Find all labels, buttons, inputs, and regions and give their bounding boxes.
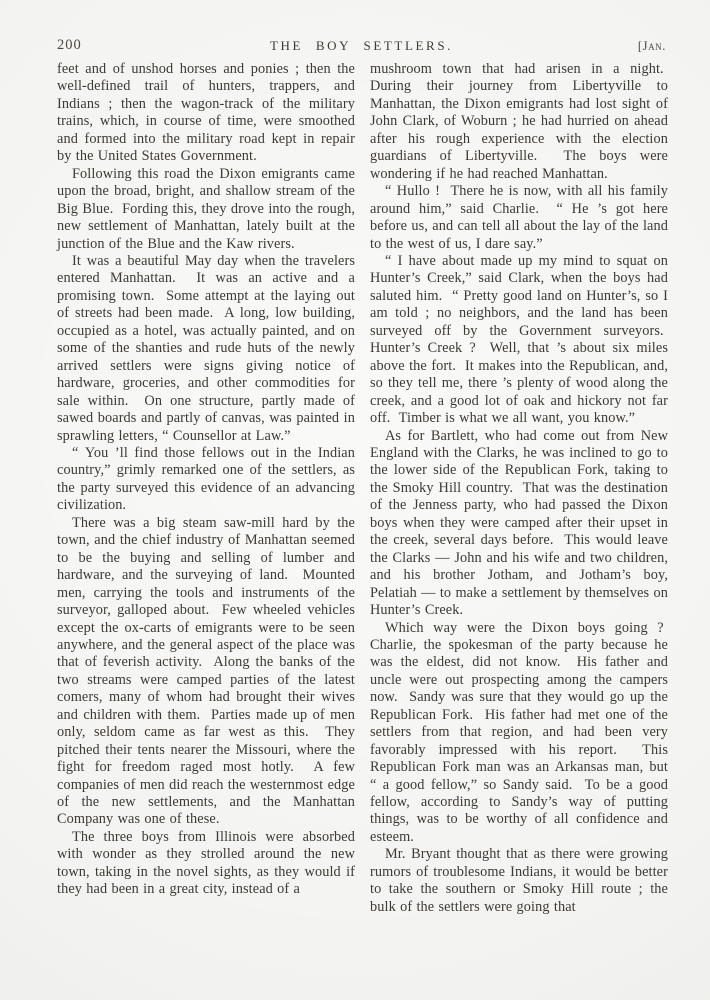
column-left: feet and of unshod horses and ponies ; t…: [57, 61, 355, 916]
paragraph-left-6: The three boys from Illinois were absorb…: [57, 829, 355, 899]
issue-date-label: [Jan.: [638, 39, 666, 54]
paragraph-right-1: mushroom town that had arisen in a night…: [370, 61, 668, 183]
paragraph-left-4: “ You ’ll find those fellows out in the …: [57, 445, 355, 515]
book-page: 200 THE BOY SETTLERS. [Jan. feet and of …: [0, 0, 710, 1000]
page-header: 200 THE BOY SETTLERS. [Jan.: [57, 37, 666, 55]
paragraph-left-5: There was a big steam saw-mill hard by t…: [57, 515, 355, 829]
paragraph-right-5: Which way were the Dixon boys going ? Ch…: [370, 620, 668, 847]
paragraph-right-3: “ I have about made up my mind to squat …: [370, 253, 668, 428]
paragraph-left-2: Following this road the Dixon emigrants …: [57, 166, 355, 253]
paragraph-left-3: It was a beautiful May day when the trav…: [57, 253, 355, 445]
running-title: THE BOY SETTLERS.: [57, 38, 666, 54]
paragraph-left-1: feet and of unshod horses and ponies ; t…: [57, 61, 355, 166]
text-columns: feet and of unshod horses and ponies ; t…: [57, 61, 668, 916]
paragraph-right-6: Mr. Bryant thought that as there were gr…: [370, 846, 668, 916]
paragraph-right-4: As for Bartlett, who had come out from N…: [370, 428, 668, 620]
column-right: mushroom town that had arisen in a night…: [370, 61, 668, 916]
paragraph-right-2: “ Hullo ! There he is now, with all his …: [370, 183, 668, 253]
